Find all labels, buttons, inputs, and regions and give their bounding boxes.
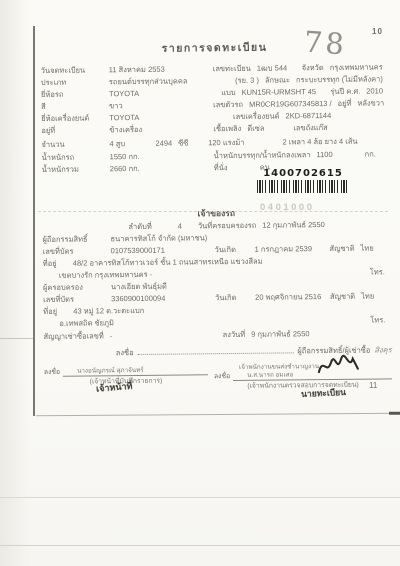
signature-dotted-line [137,345,293,355]
barcode-block: 1400702615 [257,168,349,193]
contract-label: สัญญาเช่าซื้อเลขที่ [43,331,103,341]
color-value: ขาว [109,101,207,111]
row-holder-address2: เขตบางรัก กรุงเทพมหานคร - โทร. [43,267,391,280]
chassis-value: MR0CR19G607345813 / [249,99,332,109]
row-possessor: ผู้ครอบครอง นางเอียด พันธุ์มดี [43,279,391,292]
load-unit: กก. [365,149,376,158]
holder-value: ธนาคารทิสโก้ จำกัด (มหาชน) [110,233,207,243]
type-code: (รย. 3 ) [235,76,259,85]
right-signature-block: ลงชื่อ เจ้าพนักงานขนส่งชำนาญงาน น.ส.นารถ… [214,361,392,391]
row-type: ประเภท รถยนต์บรรทุกส่วนบุคคล (รย. 3 ) ลั… [41,74,389,87]
holder-dob-label: วันเกิด [215,245,249,254]
possessor-card-value: 3360900100094 [111,293,209,303]
holder-nationality-label: สัญชาติ [329,244,354,253]
reg-date-value: 11 สิงหาคม 2553 [109,64,207,74]
reg-no-value: 1ฒบ 544 [257,63,287,72]
fuel-label: เชื้อเพลิง [213,124,241,133]
cc-value: 2494 [155,139,172,148]
row-holder-address1: ที่อยู่ 48/2 อาคารทิสโก้ทาวเวอร์ ชั้น 1 … [43,255,391,268]
left-signature-line: นางอนัญภรณ์ สุภาจันทร์ [63,363,208,377]
holder-label: ผู้ถือกรรมสิทธิ์ [42,234,104,244]
possessor-dob-label: วันเกิด [215,293,249,302]
contract-date-value: 9 กุมภาพันธ์ 2550 [251,329,309,339]
load-value: 1100 [316,150,332,159]
holder-address-line1: 48/2 อาคารทิสโก้ทาวเวอร์ ชั้น 1 ถนนสาทรเ… [73,257,263,268]
fuel-value: ดีเซล [247,124,287,133]
sign-label: ลงชื่อ [116,348,134,357]
row-fuel: อยู่ที่ ข้างเครื่อง เชื้อเพลิง ดีเซล เลข… [41,123,389,136]
total-weight-label: น้ำหนักรวม [42,164,104,174]
ink-signature-mark [316,353,362,380]
holder-nationality-value: ไทย [361,243,385,252]
possessor-tel-label: โทร. [370,316,385,325]
seat-label: ที่นั่ง [214,162,254,171]
axle-wheel-tyre-value: 2 เพลา 4 ล้อ ยาง 4 เส้น [282,137,357,147]
shape-value: กระบะบรรทุก (ไม่มีหลังคา) [296,75,383,85]
row-brand: ยี่ห้อรถ TOYOTA แบบ KUN15R-URMSHT 45 รุ่… [41,87,389,100]
scan-artifact-line-2 [0,545,400,546]
row-possessor-card: เลขที่บัตร 3360900100094 วันเกิด 20 พฤศจ… [43,292,391,305]
gas-tank-label: เลขถังแก๊ส [293,123,328,132]
holder-address-label: ที่อยู่ [43,259,67,268]
faded-stamp-number: 0401000 [260,202,314,213]
type-label: ประเภท [41,77,103,87]
cylinders-label: จำนวน [41,140,103,150]
brand-label: ยี่ห้อรถ [41,90,103,100]
possessor-label: ผู้ครอบครอง [43,282,105,292]
weight-label: น้ำหนักรถ [42,152,104,162]
row-sequence: ลำดับที่ 4 วันที่ครอบครองรถ 12 กุมภาพันธ… [128,219,390,231]
document-title: รายการจดทะเบียน [40,42,388,55]
left-officer-name: นางอนัญภรณ์ สุภาจันทร์ [77,365,144,375]
total-weight-value: 2660 กก. [110,163,208,173]
year-label: รุ่นปี ค.ศ. [330,87,360,96]
row-color-chassis: สี ขาว เลขตัวรถ MR0CR19G607345813 / อยู่… [41,99,389,112]
sequence-value: 4 [178,221,182,230]
registrar-stamp: นายทะเบียน [301,388,346,399]
row-possessor-address1: ที่อยู่ 43 หมู่ 12 ต.วะตะแบก [43,304,391,317]
possessor-address-line2: อ.เทพสถิต ชัยภูมิ [59,319,114,329]
holder-card-label: เลขที่บัตร [43,246,105,256]
barcode-number: 1400702615 [257,168,349,179]
right-signature-line: เจ้าพนักงานขนส่งชำนาญงาน น.ส.นารถ อมเสอ [233,361,392,381]
reg-date-label: วันจดทะเบียน [41,65,103,75]
owner-section-title: เจ้าของรถ [42,207,390,220]
row-holder: ผู้ถือกรรมสิทธิ์ ธนาคารทิสโก้ จำกัด (มหา… [42,231,390,244]
signature-section: ลงชื่อ ผู้ถือกรรมสิทธิ์/ผู้เช่าซื้อ สิงค… [44,344,392,393]
sequence-label: ลำดับที่ [128,221,151,230]
document-bottom-edge-line [36,413,398,417]
contract-no: - [110,331,113,340]
model-value: KUN15R-URMSHT 45 [242,87,317,97]
right-officer-name: น.ส.นารถ อมเสอ [247,370,293,379]
province-value: กรุงเทพมหานคร [330,62,383,72]
holder-address-line2: เขตบางรัก กรุงเทพมหานคร - [59,270,152,280]
chassis-pos-label: อยู่ที่ [338,99,352,108]
owner-signature-handwriting: สิงคุร [374,345,391,354]
possessor-address-line1: 43 หมู่ 12 ต.วะตะแบก [73,306,144,316]
row-specs: จำนวน 4 สูบ 2494 ซีซี 120 แรงม้า 2 เพลา … [41,137,389,150]
dashed-separator [38,211,388,212]
document-body: รายการจดทะเบียน วันจดทะเบียน 11 สิงหาคม … [40,0,392,393]
engine-pos-value: ข้างเครื่อง [109,125,207,135]
row-weight: น้ำหนักรถ 1550 กก. น้ำหนักบรรทุก/น้ำหนัก… [42,149,390,162]
province-label: จังหวัด [302,63,324,72]
official-signatures: ลงชื่อ นางอนัญภรณ์ สุภาจันทร์ (เจ้าหน้าท… [44,361,392,393]
year-value: 2010 [366,87,383,96]
left-signature-block: ลงชื่อ นางอนัญภรณ์ สุภาจันทร์ (เจ้าหน้าท… [44,363,208,393]
brand-value: TOYOTA [109,88,207,98]
barcode-stripes [257,180,349,193]
color-label: สี [41,102,103,112]
possessor-nationality-value: ไทย [361,292,385,301]
holder-card-value: 0107539000171 [111,245,209,255]
possessor-nationality-label: สัญชาติ [330,292,355,301]
possessor-dob-value: 20 พฤศจิกายน 2516 [255,292,321,302]
hp-value: 120 แรงม้า [208,138,244,147]
possessor-card-label: เลขที่บัตร [43,295,105,305]
engine-no-value: 2KD-6871144 [285,111,331,120]
shape-label: ลักษณะ [265,75,290,84]
row-possessor-address2: อ.เทพสถิต ชัยภูมิ โทร. [43,316,391,329]
load-label: น้ำหนักบรรทุก/น้ำหนักลงเพลา [214,150,311,160]
scanned-registration-page: 78 10 รายการจดทะเบียน วันจดทะเบียน 11 สิ… [0,0,400,566]
vehicle-section: วันจดทะเบียน 11 สิงหาคม 2553 เลขทะเบียน … [41,62,390,173]
cylinders-value: 4 สูบ [109,139,149,148]
chassis-label: เลขตัวรถ [213,100,243,109]
row-engine: ยี่ห้อเครื่องยนต์ TOYOTA เลขเครื่องยนต์ … [41,111,389,124]
left-stamp: เจ้าหน้าที่ [96,381,133,393]
engine-no-label: เลขเครื่องยนต์ [233,112,280,121]
row-contract: สัญญาเช่าซื้อเลขที่ - ลงวันที่ 9 กุมภาพั… [43,328,391,341]
possessor-value: นางเอียด พันธุ์มดี [111,282,167,292]
sign-label-right: ลงชื่อ [214,372,230,381]
holder-dob-value: 1 กรกฎาคม 2539 [255,244,312,254]
holder-tel-label: โทร. [370,267,385,276]
row-registration: วันจดทะเบียน 11 สิงหาคม 2553 เลขทะเบียน … [41,62,389,75]
scan-edge-line [33,26,35,416]
sign-label-left: ลงชื่อ [44,367,60,376]
weight-value: 1550 กก. [110,151,208,161]
type-value: รถยนต์บรรทุกส่วนบุคคล [109,76,207,86]
cc-label: ซีซี [178,139,202,148]
engine-brand-value: TOYOTA [109,113,207,123]
possessor-address-label: ที่อยู่ [43,307,67,316]
possession-date-label: วันที่ครอบครองรถ [198,220,256,230]
engine-brand-label: ยี่ห้อเครื่องยนต์ [41,114,103,124]
contract-date-label: ลงวันที่ [223,329,246,338]
scan-crease-line [0,338,33,339]
engine-pos-label: อยู่ที่ [41,126,103,136]
row-holder-card: เลขที่บัตร 0107539000171 วันเกิด 1 กรกฎา… [43,243,391,256]
chassis-pos-value: หลังขวา [357,99,384,108]
page-number-bottom: 11 [369,381,377,390]
scan-artifact-line-1 [0,497,400,498]
owner-section: เจ้าของรถ ลำดับที่ 4 วันที่ครอบครองรถ 12… [42,207,391,340]
possession-date-value: 12 กุมภาพันธ์ 2550 [262,220,325,230]
model-label: แบบ [221,88,235,97]
reg-no-label: เลขทะเบียน [213,64,251,73]
